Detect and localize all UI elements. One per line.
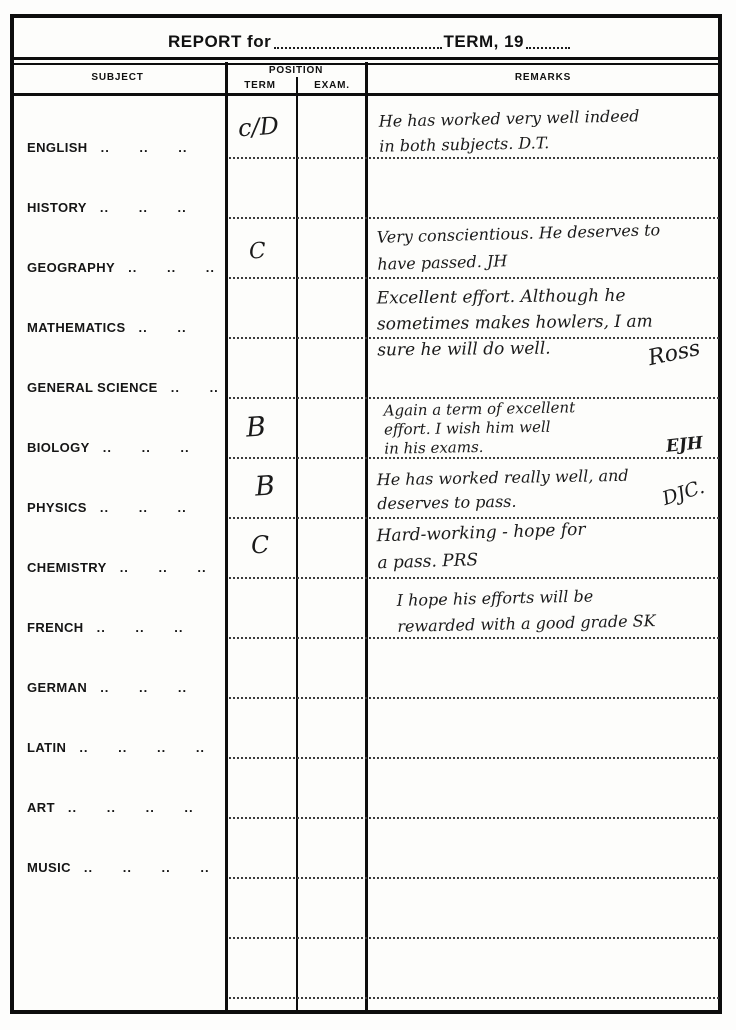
dot-leader: .. .. .. — [103, 440, 190, 455]
vline-term-left — [225, 62, 228, 1010]
row-rule — [229, 877, 719, 879]
dot-leader: .. .. .. — [120, 560, 207, 575]
term-label: TERM, 19 — [443, 32, 524, 52]
dot-leader: .. .. .. .. — [68, 800, 194, 815]
row-rule — [229, 517, 719, 519]
report-for-label: REPORT for — [168, 32, 271, 52]
term-grade-physics: B — [254, 470, 276, 502]
subject-row-chemistry: CHEMISTRY.. .. .. — [27, 560, 223, 578]
row-rule — [229, 757, 719, 759]
subject-row-latin: LATIN.. .. .. .. — [27, 740, 223, 758]
subject-row-biology: BIOLOGY.. .. .. — [27, 440, 223, 458]
report-card-page: REPORT for TERM, 19 SUBJECT POSITION TER… — [0, 0, 736, 1030]
term-grade-chemistry: C — [250, 530, 270, 559]
row-rule — [229, 577, 719, 579]
term-grade-geography: C — [248, 238, 267, 264]
dot-leader: .. .. .. — [100, 680, 187, 695]
vline-exam-right — [365, 62, 368, 1010]
column-header-remarks: REMARKS — [367, 72, 719, 83]
row-rule — [229, 277, 719, 279]
dot-leader: .. .. .. — [97, 620, 184, 635]
dot-leader: .. .. .. — [128, 260, 215, 275]
term-grade-biology: B — [245, 411, 267, 443]
subject-row-german: GERMAN.. .. .. — [27, 680, 223, 698]
row-rule — [229, 697, 719, 699]
dot-leader: .. .. .. .. — [79, 740, 205, 755]
term-grade-english: c/D — [237, 112, 280, 143]
row-rule — [229, 457, 719, 459]
dot-leader: .. .. .. .. — [84, 860, 210, 875]
subject-row-general-science: GENERAL SCIENCE.. .. — [27, 380, 223, 398]
remark-english: He has worked very well indeed in both s… — [379, 103, 641, 158]
row-rule — [229, 937, 719, 939]
subject-row-geography: GEOGRAPHY.. .. .. — [27, 260, 223, 278]
column-header-subject: SUBJECT — [10, 72, 225, 83]
name-fill-line — [274, 46, 442, 49]
row-rule — [229, 397, 719, 399]
subject-row-physics: PHYSICS.. .. .. — [27, 500, 223, 518]
row-rule — [229, 817, 719, 819]
subject-row-french: FRENCH.. .. .. — [27, 620, 223, 638]
subject-row-mathematics: MATHEMATICS.. .. — [27, 320, 223, 338]
dot-leader: .. .. — [171, 380, 219, 395]
remark-biology-signature: EJH — [665, 433, 704, 457]
row-rule — [229, 157, 719, 159]
column-header-exam: EXAM. — [297, 80, 367, 91]
dot-leader: .. .. .. — [100, 200, 187, 215]
remark-chemistry: Hard-working - hope for a pass. PRS — [376, 517, 587, 578]
column-header-position: POSITION — [225, 65, 367, 76]
dot-leader: .. .. .. — [100, 500, 187, 515]
subject-row-music: MUSIC.. .. .. .. — [27, 860, 223, 878]
subject-row-history: HISTORY.. .. .. — [27, 200, 223, 218]
dot-leader: .. .. — [139, 320, 187, 335]
dot-leader: .. .. .. — [101, 140, 188, 155]
remark-french: I hope his efforts will be rewarded with… — [396, 582, 655, 640]
remark-biology: Again a term of excellent effort. I wish… — [384, 398, 576, 458]
subject-row-english: ENGLISH.. .. .. — [27, 140, 223, 158]
remark-physics: He has worked really well, and deserves … — [377, 464, 630, 516]
row-rule — [229, 997, 719, 999]
year-fill-line — [526, 46, 570, 49]
remark-mathematics: Excellent effort. Although he sometimes … — [377, 283, 654, 364]
remark-geography: Very conscientious. He deserves to have … — [376, 216, 661, 277]
subject-row-art: ART.. .. .. .. — [27, 800, 223, 818]
column-header-term: TERM — [225, 80, 295, 91]
report-title-row: REPORT for TERM, 19 — [168, 28, 570, 52]
